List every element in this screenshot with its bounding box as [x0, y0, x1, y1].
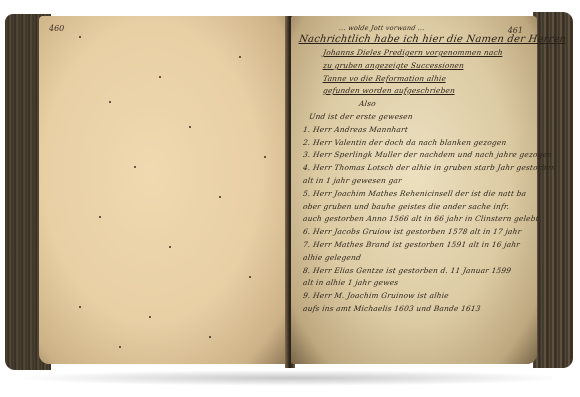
entry-line: 8. Herr Elias Gentze ist gestorben d. 11… [298, 265, 525, 278]
entry-line: ober gruben und bauhe geistes die ander … [298, 201, 525, 214]
entry-line: 2. Herr Valentin der doch da nach blanke… [298, 137, 525, 150]
entry-line: 7. Herr Mathes Brand ist gestorben 1591 … [298, 239, 525, 252]
entry-line: 1. Herr Andreas Mannhart [298, 124, 525, 137]
entry-line: 6. Herr Jacobs Gruiow ist gestorben 1578… [298, 226, 525, 239]
right-page-edges [533, 12, 573, 368]
left-page: 460 [39, 16, 289, 364]
entry-line: 9. Herr M. Joachim Gruinow ist alhie [298, 290, 525, 303]
open-book: 460 461 ... wolde Jott vorwand ... Nachr… [5, 12, 573, 374]
manuscript-title: Nachrichtlich habe ich hier die Namen de… [298, 33, 525, 47]
entry-line: Und ist der erste gewesen [298, 111, 525, 124]
subhead: Also [298, 98, 525, 111]
entry-line: 3. Herr Sperlingk Muller der nachdem und… [298, 149, 525, 162]
entry-line: 5. Herr Joachim Mathes Rehenicinsell der… [298, 188, 525, 201]
left-page-number: 460 [49, 24, 64, 33]
entry-line: 4. Herr Thomas Lotsch der alhie in grube… [298, 162, 525, 175]
entry-line: aufs ins amt Michaelis 1603 und Bande 16… [298, 303, 525, 316]
intro-line: Tanne vo die Reformation alhie [298, 73, 525, 86]
entry-line: alt in alhie 1 jahr gewes [298, 277, 525, 290]
entry-line: alt in 1 jahr gewesen gar [298, 175, 525, 188]
intro-line: gefunden worden aufgeschrieben [298, 85, 525, 98]
intro-line: Johanns Dieles Predigern vorgenommen nac… [298, 47, 525, 60]
entry-line: alhie gelegend [298, 252, 525, 265]
entry-line: auch gestorben Anno 1566 alt in 66 jahr … [298, 213, 525, 226]
header-note: ... wolde Jott vorwand ... [298, 24, 524, 33]
right-page: 461 ... wolde Jott vorwand ... Nachricht… [291, 16, 537, 364]
intro-line: zu gruben angezeigte Successionen [298, 60, 525, 73]
handwritten-text: ... wolde Jott vorwand ... Nachrichtlich… [299, 24, 524, 316]
